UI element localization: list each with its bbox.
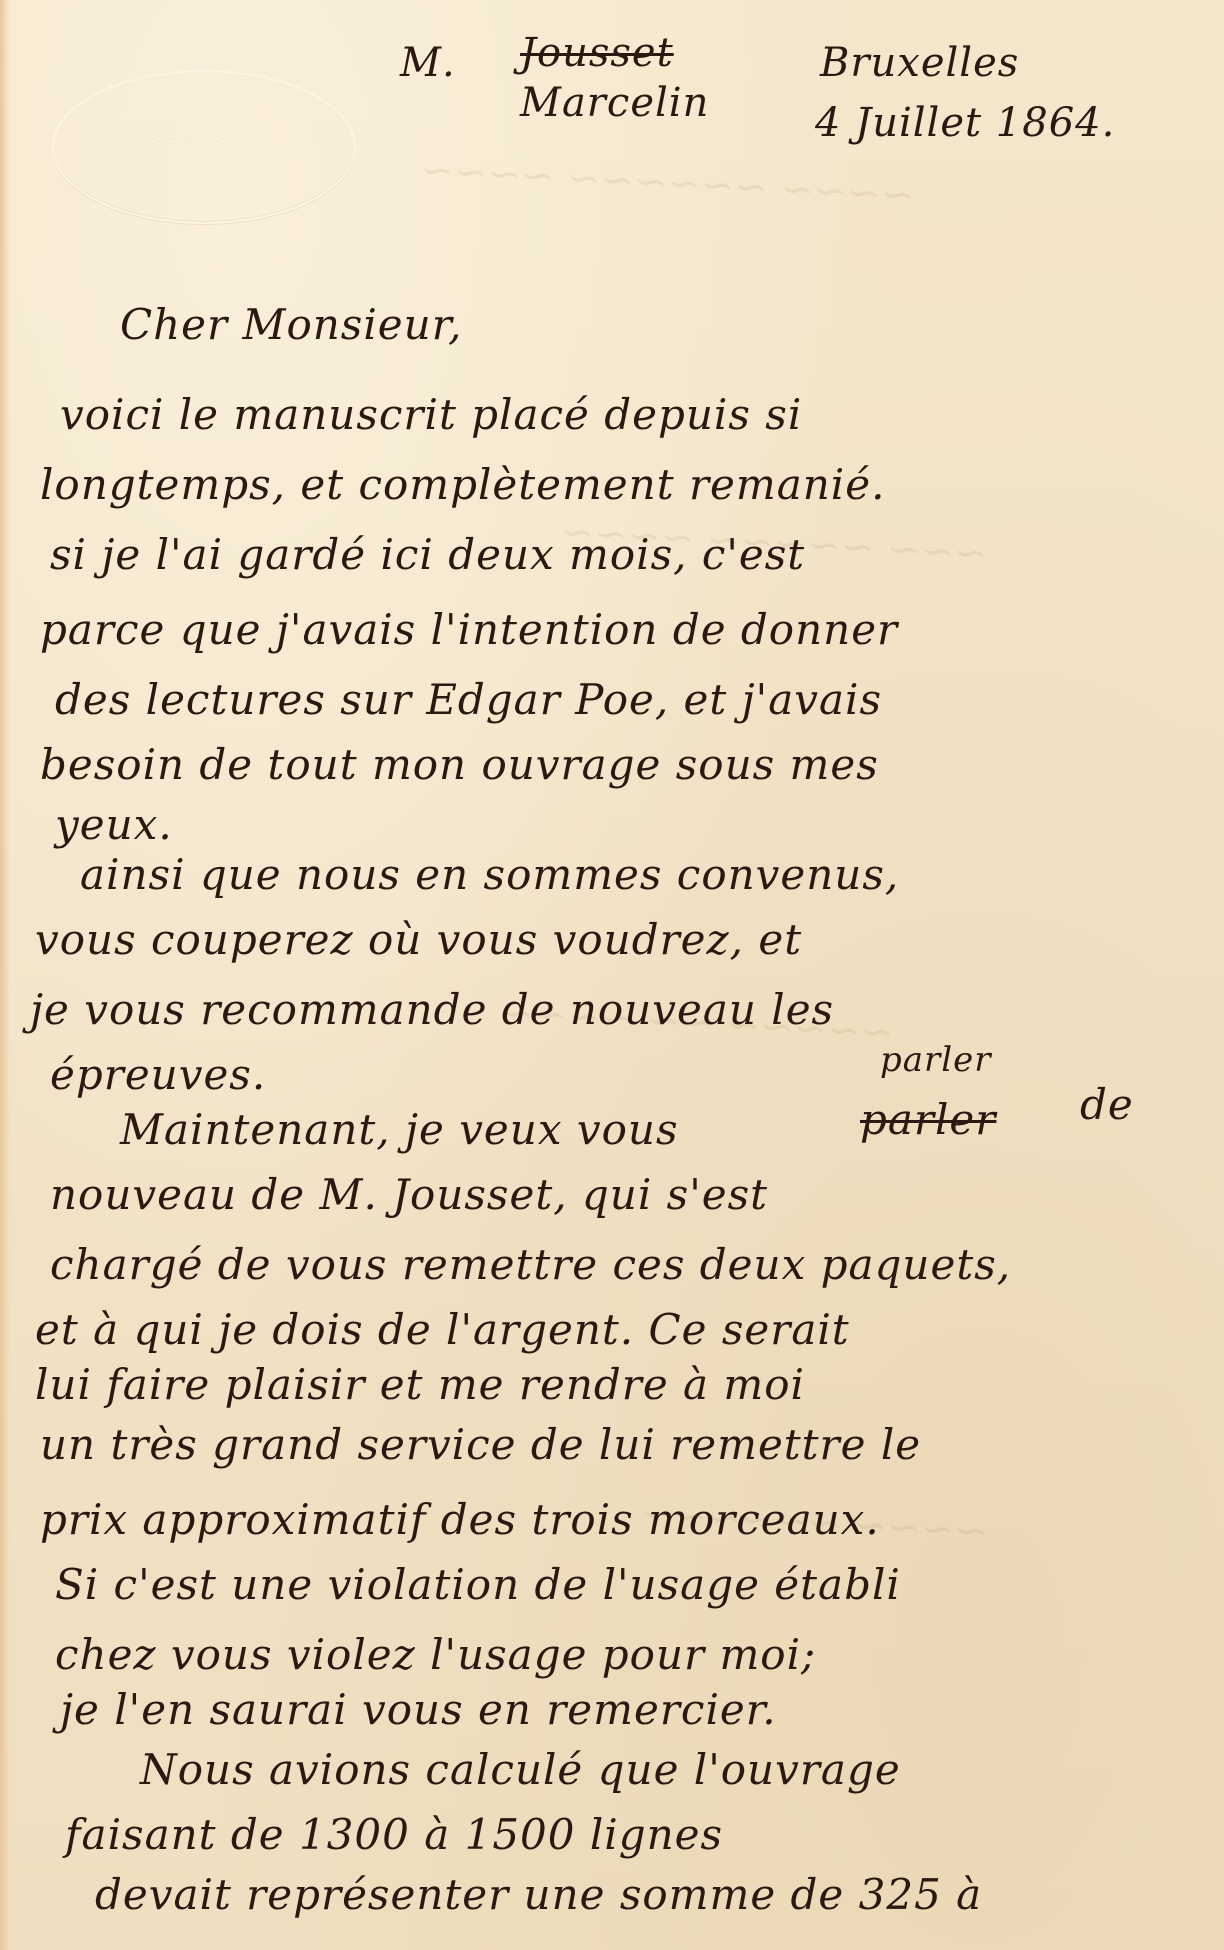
- letter-line: longtemps, et complètement remanié.: [40, 460, 885, 509]
- addressee-struck: Jousset: [520, 30, 674, 76]
- letter-line: besoin de tout mon ouvrage sous mes: [40, 740, 879, 789]
- letter-line: faisant de 1300 à 1500 lignes: [65, 1810, 723, 1859]
- addressee-prefix: M.: [400, 40, 456, 86]
- inserted-word: parler: [880, 1040, 992, 1080]
- salutation: Cher Monsieur,: [120, 300, 463, 349]
- letter-line: chargé de vous remettre ces deux paquets…: [50, 1240, 1011, 1289]
- addressee-name: Marcelin: [520, 80, 709, 126]
- letter-line: Si c'est une violation de l'usage établi: [55, 1560, 901, 1609]
- letter-line: devait représenter une somme de 325 à: [95, 1870, 982, 1919]
- letter-date: 4 Juillet 1864.: [815, 100, 1115, 146]
- bleed-through-text: ~~~~ ~~~~~~ ~~~~: [419, 147, 915, 219]
- letter-line: un très grand service de lui remettre le: [40, 1420, 921, 1469]
- emboss-glyphs: · · · · ·: [151, 128, 230, 146]
- letter-line: chez vous violez l'usage pour moi;: [55, 1630, 816, 1679]
- letter-line: je vous recommande de nouveau les: [30, 985, 834, 1034]
- letter-line: prix approximatif des trois morceaux.: [40, 1495, 880, 1544]
- letter-line: voici le manuscrit placé depuis si: [60, 390, 802, 439]
- letter-line: ainsi que nous en sommes convenus,: [80, 850, 899, 899]
- letter-line: Nous avions calculé que l'ouvrage: [140, 1745, 901, 1794]
- letter-line: des lectures sur Edgar Poe, et j'avais: [55, 675, 882, 724]
- letter-line: yeux.: [55, 800, 173, 849]
- page-edge-stain: [0, 0, 10, 1950]
- letter-line: je l'en saurai vous en remercier.: [60, 1685, 777, 1734]
- letter-line: et à qui je dois de l'argent. Ce serait: [35, 1305, 850, 1354]
- letter-line: vous couperez où vous voudrez, et: [35, 915, 802, 964]
- emboss-stamp-text: · · · · ·: [70, 82, 310, 192]
- struck-word: parler: [860, 1095, 996, 1144]
- letter-page: · · · · · ~~~~ ~~~~~~ ~~~~ ~~~ ~~~~~ ~~~…: [0, 0, 1224, 1950]
- letter-line: si je l'ai gardé ici deux mois, c'est: [50, 530, 805, 579]
- letter-line: parce que j'avais l'intention de donner: [40, 605, 898, 654]
- letter-line: Maintenant, je veux vous: [120, 1105, 679, 1154]
- letter-line: de: [1080, 1080, 1134, 1129]
- letter-line: nouveau de M. Jousset, qui s'est: [50, 1170, 768, 1219]
- letter-line: lui faire plaisir et me rendre à moi: [35, 1360, 805, 1409]
- letter-line: épreuves.: [50, 1050, 266, 1099]
- letter-place: Bruxelles: [820, 40, 1019, 86]
